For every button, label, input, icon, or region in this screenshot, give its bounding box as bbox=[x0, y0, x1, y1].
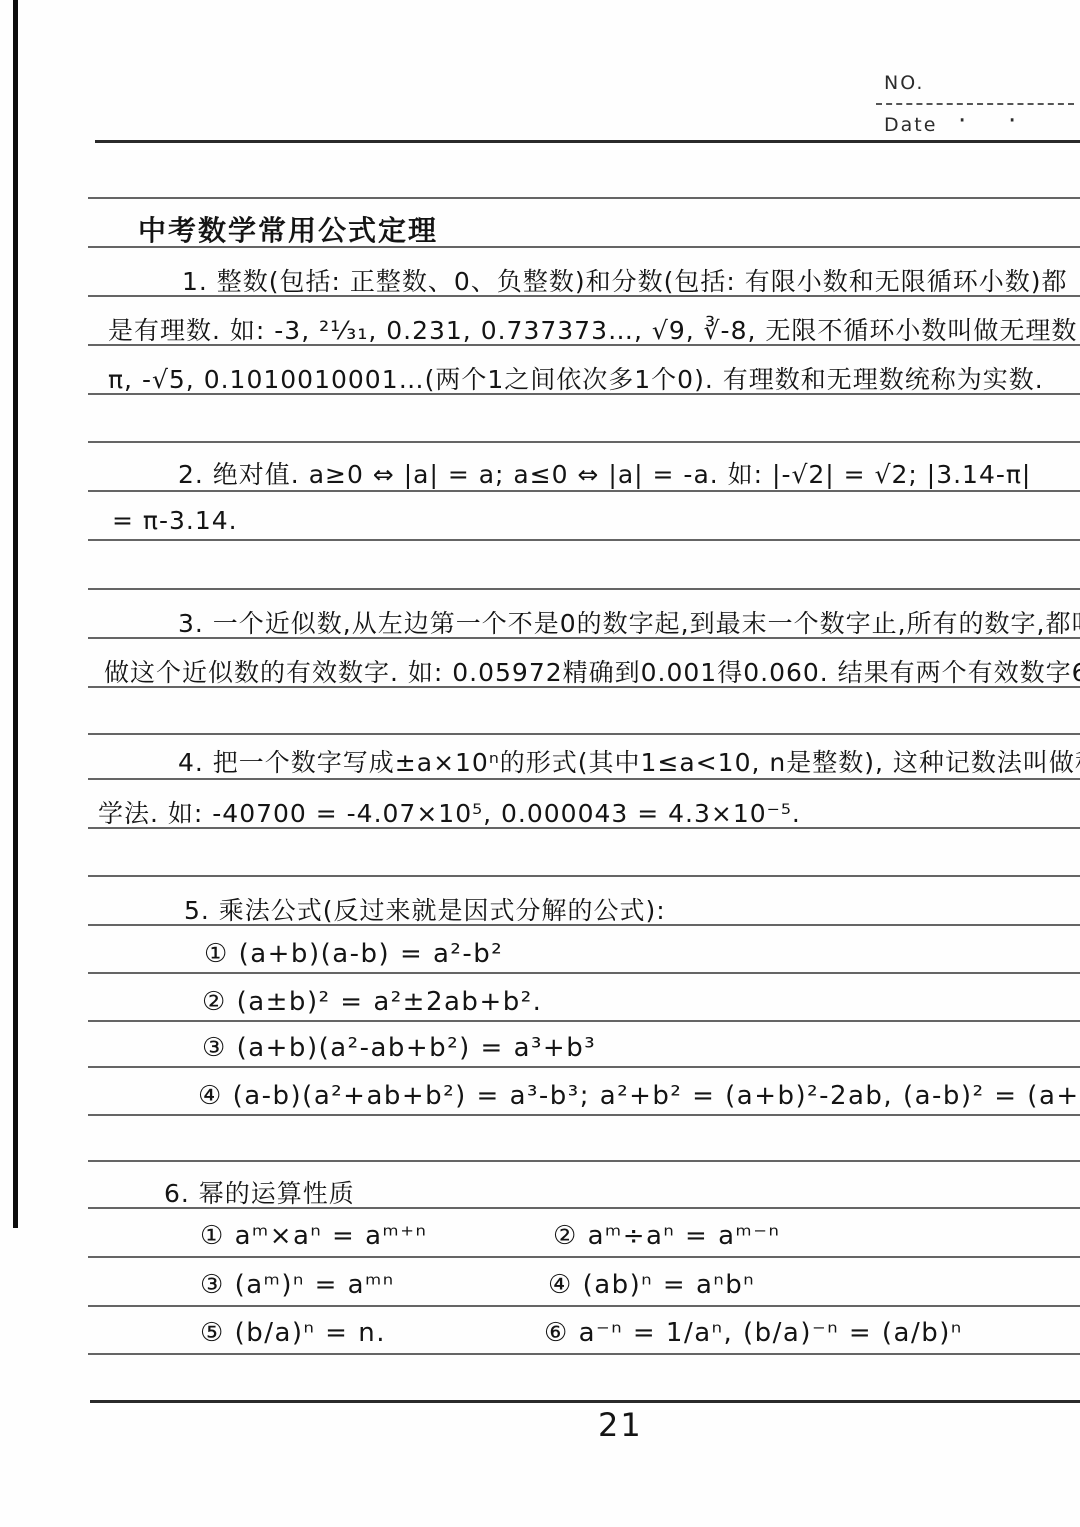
item2-line1: 2. 绝对值. a≥0 ⇔ |a| = a; a≤0 ⇔ |a| = -a. 如… bbox=[178, 455, 1031, 491]
notebook-page: NO. Date · · 中考数学常用公式定理 1. 整数(包括: 正整数、0、… bbox=[0, 0, 1080, 1527]
rule-line bbox=[88, 1305, 1080, 1307]
rule-line bbox=[88, 1353, 1080, 1355]
item1-line3: π, -√5, 0.1010010001…(两个1之间依次多1个0). 有理数和… bbox=[108, 360, 1044, 396]
no-label: NO. bbox=[884, 72, 924, 94]
item1-line2: 是有理数. 如: -3, ²¹⁄₃₁, 0.231, 0.737373…, √9… bbox=[108, 311, 1080, 347]
item6-formula-2: ② aᵐ÷aⁿ = aᵐ⁻ⁿ bbox=[553, 1221, 780, 1251]
item5-heading: 5. 乘法公式(反过来就是因式分解的公式): bbox=[184, 891, 666, 927]
footer-rule bbox=[90, 1400, 1080, 1403]
rule-line bbox=[88, 1256, 1080, 1258]
date-label: Date bbox=[884, 114, 937, 136]
rule-line bbox=[88, 733, 1080, 735]
item1-line1: 1. 整数(包括: 正整数、0、负整数)和分数(包括: 有限小数和无限循环小数)… bbox=[182, 262, 1067, 298]
item3-line2: 做这个近似数的有效数字. 如: 0.05972精确到0.001得0.060. 结… bbox=[104, 653, 1080, 689]
rule-line bbox=[88, 197, 1080, 199]
date-dot: · bbox=[1008, 106, 1016, 136]
item4-line1: 4. 把一个数字写成±a×10ⁿ的形式(其中1≤a<10, n是整数), 这种记… bbox=[178, 743, 1080, 779]
item5-formula-1: ① (a+b)(a-b) = a²-b² bbox=[204, 939, 503, 969]
rule-line bbox=[88, 1066, 1080, 1068]
item6-formula-3: ③ (aᵐ)ⁿ = aᵐⁿ bbox=[200, 1270, 395, 1300]
date-dot: · bbox=[958, 106, 966, 136]
item4-line2: 学法. 如: -40700 = -4.07×10⁵, 0.000043 = 4.… bbox=[98, 794, 801, 830]
rule-line bbox=[88, 441, 1080, 443]
rule-line bbox=[88, 875, 1080, 877]
item6-heading: 6. 幂的运算性质 bbox=[164, 1174, 355, 1210]
item2-line2: = π-3.14. bbox=[112, 506, 238, 535]
item5-formula-4: ④ (a-b)(a²+ab+b²) = a³-b³; a²+b² = (a+b)… bbox=[198, 1081, 1080, 1111]
page-number: 21 bbox=[598, 1406, 643, 1444]
item5-formula-3: ③ (a+b)(a²-ab+b²) = a³+b³ bbox=[202, 1033, 596, 1063]
rule-line bbox=[88, 1114, 1080, 1116]
left-margin-line bbox=[13, 0, 18, 1228]
item5-formula-2: ② (a±b)² = a²±2ab+b². bbox=[202, 987, 542, 1017]
header-rule bbox=[95, 140, 1080, 143]
rule-line bbox=[88, 1020, 1080, 1022]
no-dashed-line bbox=[876, 103, 1074, 105]
rule-line bbox=[88, 588, 1080, 590]
rule-line bbox=[88, 1160, 1080, 1162]
rule-line bbox=[88, 539, 1080, 541]
rule-line bbox=[88, 972, 1080, 974]
page-title: 中考数学常用公式定理 bbox=[138, 209, 438, 249]
item6-formula-4: ④ (ab)ⁿ = aⁿbⁿ bbox=[548, 1270, 755, 1300]
item6-formula-6: ⑥ a⁻ⁿ = 1/aⁿ, (b/a)⁻ⁿ = (a/b)ⁿ bbox=[544, 1318, 963, 1348]
item3-line1: 3. 一个近似数,从左边第一个不是0的数字起,到最末一个数字止,所有的数字,都叫 bbox=[178, 604, 1080, 640]
item6-formula-1: ① aᵐ×aⁿ = aᵐ⁺ⁿ bbox=[200, 1221, 427, 1251]
item6-formula-5: ⑤ (b/a)ⁿ = n. bbox=[200, 1318, 386, 1348]
